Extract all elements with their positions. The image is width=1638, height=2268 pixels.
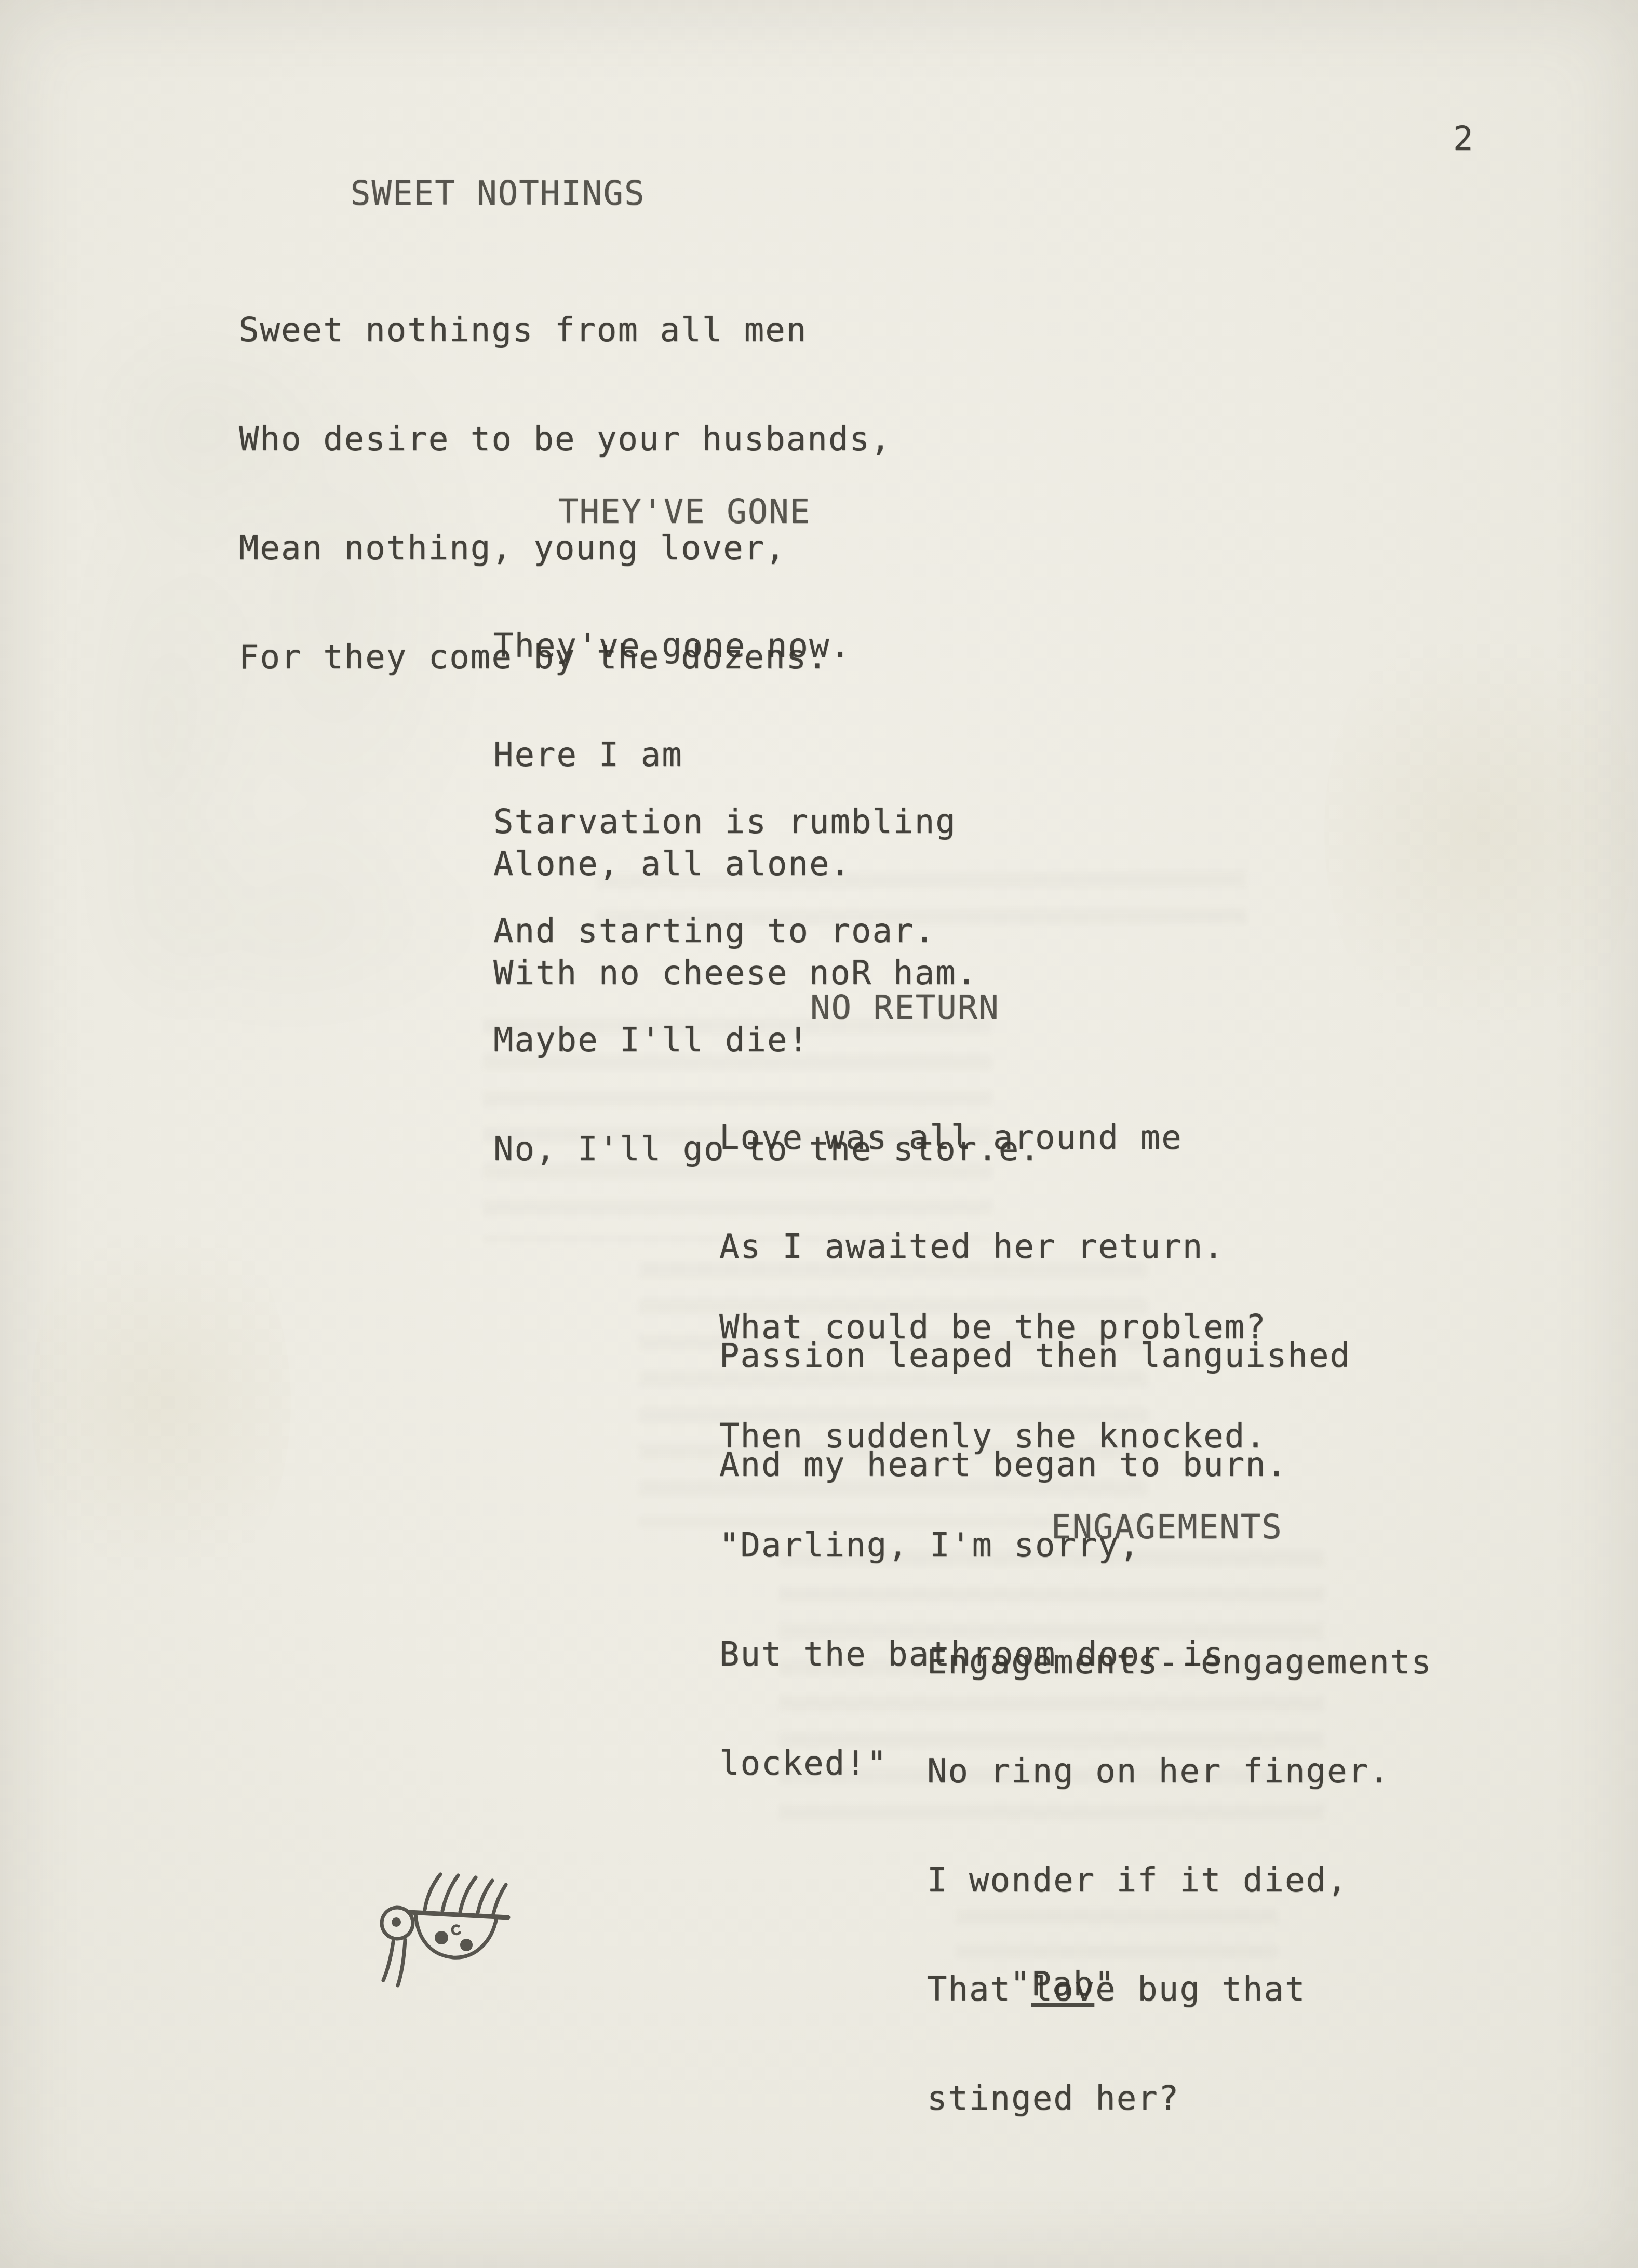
poem-line: Love was all around me [719,1120,1351,1156]
poem-line: That love bug that [927,1971,1432,2008]
signature-name: Pab [1031,1965,1095,2004]
poem-line: Sweet nothings from all men [239,312,891,348]
poem-title-no-return: NO RETURN [810,990,1000,1026]
poem-line: I wonder if it died, [927,1862,1432,1899]
poem-line: Who desire to be your husbands, [239,421,891,458]
poem-line: Then suddenly she knocked. [719,1418,1267,1455]
author-signature: "Pab" [1010,1966,1116,2003]
signature-open-quote: " [1010,1965,1031,2004]
poem-title-sweet-nothings: SWEET NOTHINGS [351,176,645,212]
paper-stain [31,1195,291,1610]
poem-engagements: Engagements--engagements No ring on her … [927,1572,1432,2190]
poem-title-engagements: ENGAGEMENTS [1051,1509,1283,1546]
signature-close-quote: " [1094,1965,1116,2004]
poem-line: No ring on her finger. [927,1753,1432,1790]
page-number: 2 [1453,121,1474,157]
poem-title-theyve-gone: THEY'VE GONE [558,494,811,530]
paper-stain [1324,597,1636,1065]
love-bug-doodle [374,1867,530,2007]
typewritten-poems-page: 2 SWEET NOTHINGS Sweet nothings from all… [0,0,1638,2268]
poem-line: And starting to roar. [493,913,1041,949]
poem-line: What could be the problem? [719,1309,1267,1346]
poem-line: stinged her? [927,2081,1432,2117]
poem-line: Starvation is rumbling [493,804,1041,840]
poem-line: They've gone now. [493,628,977,664]
poem-line: Engagements--engagements [927,1644,1432,1681]
